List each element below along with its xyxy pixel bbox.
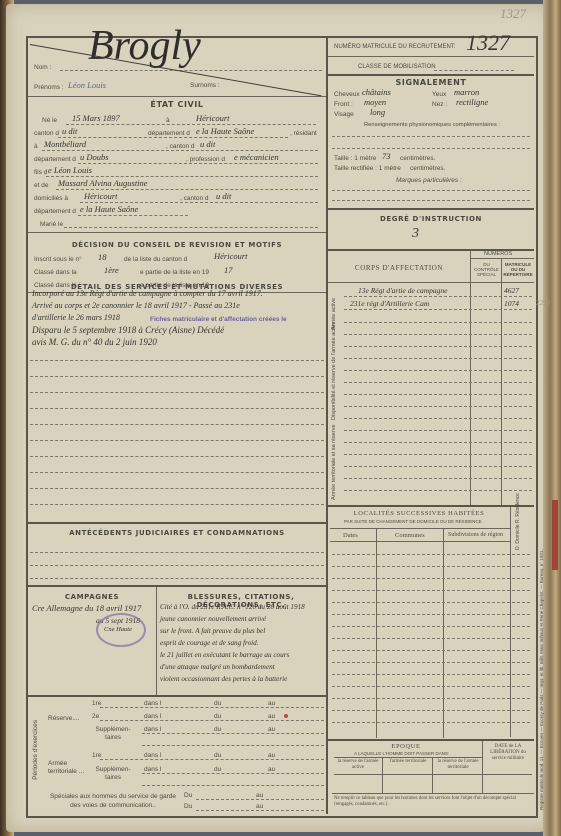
canton3-label: , canton d: [180, 195, 209, 202]
table-line: [344, 478, 532, 479]
birth-place-label: à: [166, 117, 170, 124]
epoch-territorial-col: l'armée territoriale: [384, 759, 432, 765]
liberation-date-header: DATE de LA LIBÉRATION du service militai…: [484, 744, 532, 762]
table-line: [332, 578, 530, 579]
table-line: [344, 346, 532, 347]
line: [66, 124, 316, 125]
reserve-2-label: 2e: [92, 713, 99, 720]
assignment-matricule: 4627: [504, 286, 519, 295]
divider: [330, 528, 510, 529]
birth-date-label: Né le: [42, 117, 57, 124]
matricule-value: 1327: [466, 30, 510, 56]
line: [196, 810, 324, 811]
supplementary-label: Supplémen-taires: [92, 726, 134, 742]
line: [100, 759, 324, 760]
residence-label: à: [34, 143, 38, 150]
line: [142, 733, 324, 734]
divider: [328, 739, 534, 741]
hair-value: châtains: [362, 87, 391, 97]
divider: [470, 258, 534, 259]
table-line: [344, 466, 532, 467]
divider: [432, 757, 433, 793]
matricule-header: MATRICULE OU DU RÉPERTOIRE: [503, 262, 533, 277]
table-line: [332, 710, 530, 711]
forehead-label: Front :: [334, 101, 353, 108]
domicile-residence-label: D. Domicile R. Résidence: [515, 510, 521, 550]
table-line: [332, 638, 530, 639]
line: [46, 176, 318, 177]
canton2-label: , canton d: [166, 143, 195, 150]
line: [42, 150, 318, 151]
du-label: Du: [184, 803, 192, 810]
table-line: [332, 674, 530, 675]
divider: [328, 56, 534, 57]
divider: [328, 74, 534, 76]
line: [30, 504, 324, 505]
service-line: avis M. G. du n° 40 du 2 juin 1920: [32, 337, 157, 347]
assignment-corps: 13e Régt d'artie de campagne: [358, 286, 448, 295]
line: [332, 136, 530, 137]
subdivisions-header: Subdivisions de région: [448, 532, 503, 538]
table-line: [332, 614, 530, 615]
table-line: [344, 418, 532, 419]
class1-year: 17: [224, 265, 233, 275]
divider: [330, 541, 510, 542]
du-label: du: [214, 766, 221, 773]
au-label: au: [268, 713, 275, 720]
divider: [328, 505, 534, 507]
table-line: [344, 430, 532, 431]
localities-title: LOCALITÉS SUCCESSIVES HABITÉES: [328, 510, 510, 517]
divider: [328, 282, 534, 283]
line: [64, 227, 318, 228]
father-value: e Léon Louis: [48, 165, 92, 175]
page-edges: [543, 0, 561, 836]
height-unit: centimètres.: [400, 155, 435, 162]
line: [30, 440, 324, 441]
table-line: [332, 698, 530, 699]
hair-label: Cheveux: [334, 91, 360, 98]
stamp-text: Cne Haute: [104, 626, 132, 633]
line: [30, 578, 324, 579]
line: [30, 456, 324, 457]
exercise-periods-label: Périodes d'exercices: [32, 720, 39, 780]
dans-label: dans l: [144, 700, 161, 707]
line: [30, 552, 324, 553]
canton-label: canton d: [34, 130, 59, 137]
dans-label: dans l: [144, 726, 161, 733]
surname-value: Brogly: [88, 22, 201, 70]
height-value: 73: [382, 151, 391, 161]
corrected-height-unit: centimètres.: [410, 165, 445, 172]
campaigns-title: CAMPAGNES: [28, 593, 156, 601]
line: [332, 200, 530, 201]
communes-header: Communes: [395, 532, 425, 539]
class1-label: Classé dans la: [34, 269, 77, 276]
line: [80, 202, 318, 203]
supplementary-label: Supplémen-taires: [92, 766, 134, 782]
married-label: Marié le: [40, 221, 63, 228]
printer-imprint: Registre matricule mod. 11. — Ecouen — E…: [539, 560, 544, 810]
education-value: 3: [412, 226, 419, 242]
territorial-army-label: Armée territoriale et sa réserve: [331, 430, 337, 500]
du-label: du: [214, 726, 221, 733]
dans-label: dans l: [144, 713, 161, 720]
department2-label: département d: [34, 156, 76, 163]
au-label: au: [256, 792, 263, 799]
wound-citation-line: esprit de courage et de sang froid.: [160, 639, 259, 647]
corrected-height-label: Taille rectifiée : 1 mètre: [334, 165, 401, 172]
service-line: d'artillerie le 26 mars 1918: [32, 313, 120, 322]
line: [58, 137, 288, 138]
service-line: Arrivé au corps et 2e canonnier le 18 av…: [32, 301, 240, 310]
mobilisation-class-label: CLASSE DE MOBILISATION: [358, 64, 436, 70]
surname-label: Nom :: [34, 64, 51, 71]
table-line: [344, 334, 532, 335]
residence-value: Montbéliard: [44, 139, 86, 149]
divider: [376, 528, 377, 738]
divider: [482, 741, 483, 793]
eyes-label: Yeux: [432, 91, 446, 98]
red-ink-dot: [284, 714, 288, 718]
line: [56, 189, 318, 190]
divider: [443, 528, 444, 738]
face-label: Visage: [334, 111, 354, 118]
service-line: Incorporé au 13e Régt d'artie de campagn…: [32, 289, 263, 298]
line: [30, 488, 324, 489]
au-label: au: [268, 766, 275, 773]
du-label: Du: [184, 792, 192, 799]
nose-label: Nez :: [432, 101, 447, 108]
list-value: Héricourt: [214, 251, 248, 261]
nose-value: rectiligne: [456, 97, 488, 107]
height-label: Taille : 1 mètre: [334, 155, 376, 162]
table-line: [332, 554, 530, 555]
divider: [334, 774, 532, 775]
birth-date-value: 15 Mars 1897: [72, 113, 120, 123]
line: [332, 190, 530, 191]
registered-value: 18: [98, 252, 107, 262]
line: [196, 799, 324, 800]
localities-subtitle: PAR SUITE DE CHANGEMENT DE DOMICILE OU D…: [344, 519, 482, 524]
department-label: département d: [148, 130, 190, 137]
line: [30, 472, 324, 473]
divider: [382, 757, 383, 793]
canton3-value: u dit: [216, 191, 231, 201]
table-line: [332, 650, 530, 651]
profession-label: , profession d: [186, 156, 225, 163]
class1-value: 1ère: [104, 265, 119, 275]
table-line: [344, 309, 532, 310]
education-title: DEGRÉ D'INSTRUCTION: [328, 215, 534, 223]
line: [142, 785, 324, 786]
department3-label: département d: [34, 208, 76, 215]
line: [30, 565, 324, 566]
au-label: au: [268, 752, 275, 759]
nicknames-label: Surnoms :: [190, 82, 220, 89]
du-label: du: [214, 700, 221, 707]
line: [30, 392, 324, 393]
territorial-1-label: 1re: [92, 752, 101, 759]
line: [30, 360, 324, 361]
campaign-line: Cre Allemagne du 18 avril 1917: [32, 603, 141, 613]
mother-label: et de: [34, 182, 48, 189]
list-label: de la liste du canton d: [124, 256, 187, 263]
reserve-label: Réserve....: [48, 715, 79, 722]
epoch-territorial-reserve-col: la réserve de l'armée territoriale: [434, 759, 482, 771]
resident-label: , résidant: [290, 130, 317, 137]
localites-side-divider: [510, 507, 511, 737]
signalement-title: SIGNALEMENT: [328, 78, 534, 87]
profession-value: e mécanicien: [234, 152, 279, 162]
forehead-value: moyen: [364, 97, 386, 107]
department3-value: e la Haute Saône: [80, 204, 138, 214]
line: [78, 163, 318, 164]
special-control-header: DU CONTRÔLE SPÉCIAL: [472, 262, 501, 277]
line: [332, 148, 530, 149]
table-line: [344, 394, 532, 395]
line: [30, 408, 324, 409]
surname-line: [60, 70, 322, 71]
table-line: [332, 590, 530, 591]
epoch-active-reserve-col: la réserve de l'armée active: [334, 759, 382, 771]
reserve-1-label: 1re: [92, 700, 101, 707]
table-line: [332, 602, 530, 603]
divider: [334, 757, 482, 758]
line: [142, 745, 324, 746]
service-line: Disparu le 5 septembre 1918 à Crécy (Ais…: [32, 325, 224, 335]
canton2-value: u dit: [200, 139, 215, 149]
assignment-corps: 231e régt d'Artillerie Cam: [350, 299, 429, 308]
mother-value: Massard Alvina Augustine: [58, 178, 148, 188]
etat-civil-title: ÉTAT CIVIL: [28, 100, 326, 109]
department2-value: u Doubs: [80, 152, 109, 162]
domicile-value: Héricourt: [84, 191, 118, 201]
divider: [328, 208, 534, 210]
wound-citation-line: Cité à l'O. du 231e R.A.C. n° 120 du 26 …: [160, 603, 305, 611]
father-label: fils d: [34, 169, 47, 176]
epoch-title: EPOQUE: [330, 743, 482, 750]
table-line: [332, 662, 530, 663]
line: [142, 773, 324, 774]
header-divider: [28, 96, 326, 97]
numbers-label: NUMÉROS: [484, 251, 512, 257]
au-label: au: [268, 726, 275, 733]
first-names-value: Léon Louis: [68, 80, 106, 90]
wound-citation-line: jeune canonnier nouvellement arrivé: [160, 615, 266, 623]
du-label: du: [214, 713, 221, 720]
corner-page-number: 1327: [500, 6, 526, 22]
section-divider: [28, 585, 326, 587]
decision-title: DÉCISION DU CONSEIL DE REVISION ET MOTIF…: [28, 241, 326, 249]
table-line: [344, 322, 532, 323]
birth-place-value: Héricourt: [196, 113, 230, 123]
physical-info-label: Renseignements physionomiques complément…: [364, 122, 500, 128]
table-line: [344, 490, 532, 491]
matricule-label: NUMÉRO MATRICULE DU RECRUTEMENT:: [334, 44, 456, 50]
wound-citation-line: sur le front. A fait preuve du plus bel: [160, 627, 265, 635]
au-label: au: [256, 803, 263, 810]
first-names-label: Prénoms :: [34, 84, 64, 91]
wound-citation-line: violent occasionnant des pertes à la bat…: [160, 675, 287, 683]
table-line: [332, 566, 530, 567]
antecedents-title: ANTÉCÉDENTS JUDICIAIRES ET CONDAMNATIONS: [28, 529, 326, 537]
line: [30, 424, 324, 425]
line: [78, 215, 188, 216]
column-divider: [326, 38, 328, 814]
wound-citation-line: d'une attaque malgré un bombardement: [160, 663, 275, 671]
domicile-label: domiciliés à: [34, 195, 68, 202]
table-line: [344, 406, 532, 407]
table-line: [332, 722, 530, 723]
section-divider: [28, 232, 326, 233]
line: [30, 376, 324, 377]
au-label: au: [268, 700, 275, 707]
services-stamp: Fiches matriculaire et d'affectation cré…: [150, 316, 287, 323]
assignment-title: CORPS D'AFFECTATION: [328, 264, 470, 272]
canton-value: u dit: [62, 126, 77, 136]
dans-label: dans l: [144, 752, 161, 759]
special-service-label: Spéciales aux hommes du service de garde…: [48, 792, 178, 810]
eyes-value: marron: [454, 87, 479, 97]
margin-number: 2293: [536, 299, 550, 307]
territorial-label: Armée territoriale ...: [48, 760, 90, 776]
table-line: [332, 626, 530, 627]
class1-suffix: e partie de la liste en 19: [140, 269, 209, 276]
face-value: long: [370, 107, 385, 117]
section-divider: [28, 522, 326, 524]
red-page-marker: [552, 500, 558, 570]
line: [434, 70, 514, 71]
epoch-note: Ne remplir ce tableau que pour les homme…: [334, 796, 532, 808]
dans-label: dans l: [144, 766, 161, 773]
table-line: [344, 382, 532, 383]
distinguishing-marks-label: Marques particulières :: [396, 177, 462, 184]
divider: [332, 793, 534, 794]
dates-header: Dates: [343, 532, 358, 539]
table-line: [344, 358, 532, 359]
reserve-army-label: Disponibilité et réserve de l'armée acti…: [331, 340, 337, 420]
wound-citation-line: le 21 juillet en exécutant le barrage au…: [160, 651, 289, 659]
assignment-matricule: 1074: [504, 299, 519, 308]
table-line: [344, 442, 532, 443]
registered-label: Inscrit sous le n°: [34, 256, 82, 263]
table-line: [344, 296, 532, 297]
epoch-subtitle: A LAQUELLE L'HOMME DOIT PASSER DANS:: [354, 751, 449, 756]
section-divider: [28, 695, 326, 697]
line: [100, 707, 324, 708]
table-line: [344, 454, 532, 455]
table-line: [332, 686, 530, 687]
line: [100, 720, 324, 721]
department-value: e la Haute Saône: [196, 126, 254, 136]
table-line: [344, 370, 532, 371]
du-label: du: [214, 752, 221, 759]
